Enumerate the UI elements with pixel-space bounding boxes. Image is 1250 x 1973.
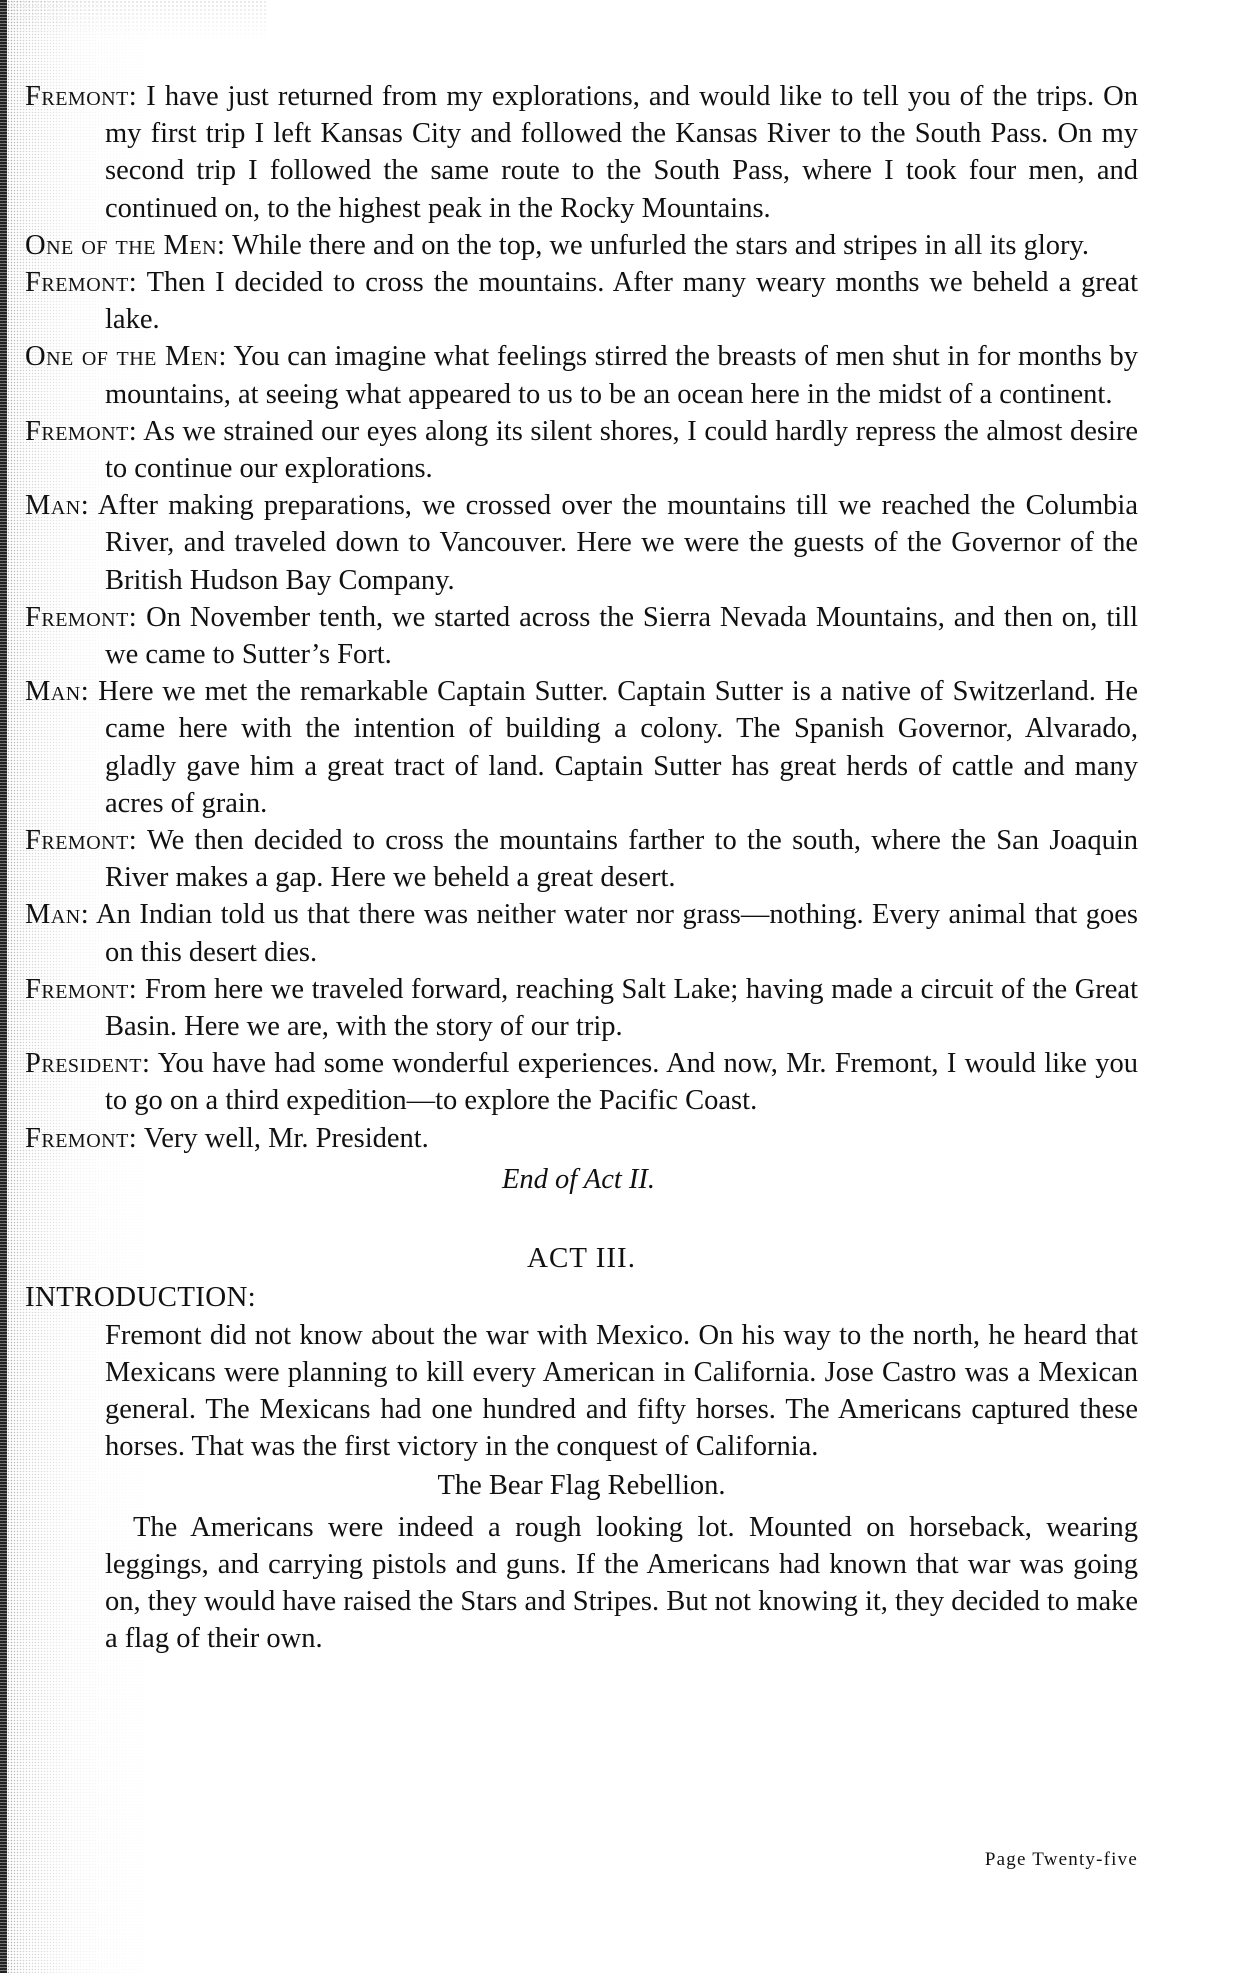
speaker-name: Fremont: [25,267,137,298]
speech-line: One of the Men: You can imagine what fee… [25,338,1138,412]
speaker-name: Fremont: [25,416,137,447]
speech-line: Fremont: I have just returned from my ex… [25,78,1138,227]
speech-text: From here we traveled forward, reaching … [105,974,1138,1042]
speech-line: Man: An Indian told us that there was ne… [25,896,1138,970]
speaker-name: Man: [25,676,89,707]
introduction-paragraph: Fremont did not know about the war with … [25,1317,1138,1466]
speaker-name: Fremont: [25,602,137,633]
scan-noise [7,0,267,40]
speech-text: Very well, Mr. President. [144,1123,429,1154]
page-content: Fremont: I have just returned from my ex… [25,78,1138,1657]
speaker-name: Fremont: [25,1123,137,1154]
speech-line: One of the Men: While there and on the t… [25,227,1138,264]
speech-line: Fremont: Very well, Mr. President. [25,1120,1138,1157]
speech-text: You can imagine what feelings stirred th… [105,341,1138,409]
speech-text: While there and on the top, we unfurled … [232,230,1089,261]
book-binding-edge [0,0,7,1973]
speech-line: Fremont: From here we traveled forward, … [25,971,1138,1045]
speech-line: Fremont: On November tenth, we started a… [25,599,1138,673]
speaker-name: Fremont: [25,974,137,1005]
speaker-name: President: [25,1048,150,1079]
speech-text: I have just returned from my exploration… [105,81,1138,224]
speech-line: Fremont: As we strained our eyes along i… [25,413,1138,487]
speech-text: An Indian told us that there was neither… [96,899,1138,967]
speech-line: Fremont: We then decided to cross the mo… [25,822,1138,896]
speech-text: After making preparations, we crossed ov… [98,490,1138,595]
speech-text: On November tenth, we started across the… [105,602,1138,670]
end-of-act-label: End of Act II. [19,1161,1138,1198]
speech-text: We then decided to cross the mountains f… [105,825,1138,893]
act-heading: ACT III. [25,1240,1138,1277]
speaker-name: Man: [25,490,89,521]
speech-text: As we strained our eyes along its silent… [105,416,1138,484]
section-title: The Bear Flag Rebellion. [25,1467,1138,1504]
dialogue: Fremont: I have just returned from my ex… [25,78,1138,1157]
speaker-name: One of the Men: [25,230,225,261]
speech-text: Here we met the remarkable Captain Sutte… [98,676,1138,819]
page-number: Page Twenty-five [985,1841,1138,1878]
speech-text: You have had some wonderful experiences.… [105,1048,1138,1116]
speech-line: Fremont: Then I decided to cross the mou… [25,264,1138,338]
speaker-name: One of the Men: [25,341,227,372]
speech-line: Man: After making preparations, we cross… [25,487,1138,599]
speech-line: Man: Here we met the remarkable Captain … [25,673,1138,822]
section-paragraph: The Americans were indeed a rough lookin… [25,1509,1138,1658]
speaker-name: Fremont: [25,81,137,112]
speech-line: President: You have had some wonderful e… [25,1045,1138,1119]
introduction-heading: INTRODUCTION: [25,1279,1138,1316]
speaker-name: Fremont: [25,825,137,856]
speech-text: Then I decided to cross the mountains. A… [105,267,1138,335]
speaker-name: Man: [25,899,89,930]
